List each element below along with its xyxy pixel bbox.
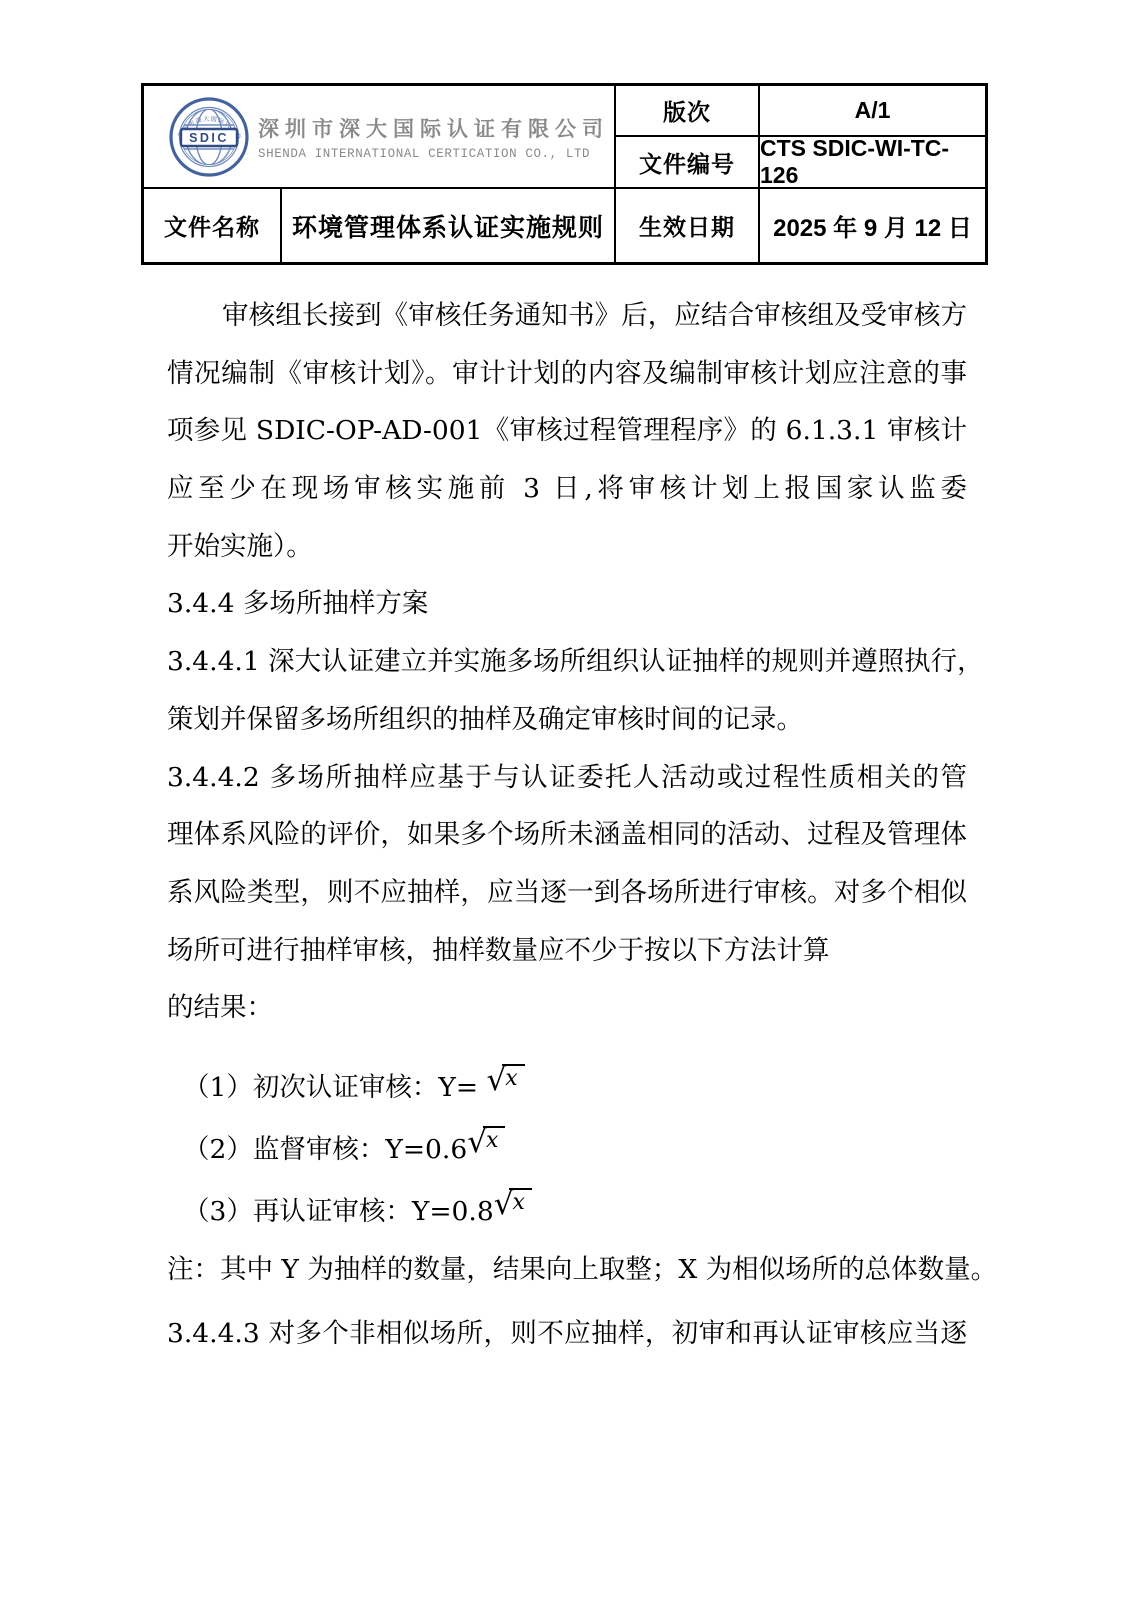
document-header-table: 深圳市深大国际认证有限公司 SDIC 深圳市深大国际认证有限公司 [141,83,988,265]
company-name-chinese: 深圳市深大国际认证有限公司 [258,113,609,143]
body-line: 场所可进行抽样审核，抽样数量应不少于按以下方法计算 [167,922,967,980]
note-line: 注：其中 Y 为抽样的数量，结果向上取整；X 为相似场所的总体数量。 [167,1241,967,1299]
formula-text: （1）初次认证审核：Y= [183,1072,486,1103]
body-line: 开始实施）。 [167,518,967,576]
version-value: A/1 [760,86,985,137]
sqrt-expression: √x [486,1049,524,1113]
formula-text: （2）监督审核：Y=0.6 [183,1134,467,1165]
formula-surveillance-audit: （2）监督审核：Y=0.6√x [167,1111,967,1173]
formula-recertification-audit: （3）再认证审核：Y=0.8√x [167,1173,967,1235]
version-label: 版次 [616,86,760,137]
sdic-logo-icon: 深圳市深大国际认证有限公司 SDIC [168,94,250,180]
document-body: 审核组长接到《审核任务通知书》后，应结合审核组及受审核方 情况编制《审核计划》。… [167,287,967,1362]
doc-name-label: 文件名称 [144,189,282,262]
document-page: 深圳市深大国际认证有限公司 SDIC 深圳市深大国际认证有限公司 [0,0,1131,1600]
formula-text: （3）再认证审核：Y=0.8 [183,1196,494,1227]
radicand: x [483,1126,505,1153]
doc-name-value: 环境管理体系认证实施规则 [282,189,616,262]
body-line: 情况编制《审核计划》。审计计划的内容及编制审核计划应注意的事 [167,345,967,403]
logo-abbr-text: SDIC [189,131,229,145]
body-line: 审核组长接到《审核任务通知书》后，应结合审核组及受审核方 [167,287,967,345]
logo-cell: 深圳市深大国际认证有限公司 SDIC 深圳市深大国际认证有限公司 [144,86,616,189]
sqrt-expression: √x [467,1111,505,1175]
body-line: 项参见 SDIC-OP-AD-001《审核过程管理程序》的 6.1.3.1 审核… [167,402,967,460]
radicand: x [502,1064,524,1091]
effective-date-label: 生效日期 [616,189,760,262]
sqrt-expression: √x [494,1173,532,1237]
clause-3-4-4-3: 3.4.4.3 对多个非相似场所，则不应抽样，初审和再认证审核应当逐 [167,1305,967,1363]
body-line: 的结果： [167,979,967,1037]
doc-number-value: CTS SDIC-WI-TC-126 [760,137,985,189]
company-names: 深圳市深大国际认证有限公司 SHENDA INTERNATIONAL CERTI… [258,113,609,161]
body-line: 策划并保留多场所组织的抽样及确定审核时间的记录。 [167,691,967,749]
effective-date-value: 2025 年 9 月 12 日 [760,189,985,262]
formula-initial-certification: （1）初次认证审核：Y= √x [167,1049,967,1111]
clause-3-4-4-2: 3.4.4.2 多场所抽样应基于与认证委托人活动或过程性质相关的管 [167,749,967,807]
company-logo-block: 深圳市深大国际认证有限公司 SDIC 深圳市深大国际认证有限公司 [168,94,609,180]
body-line: 应至少在现场审核实施前 3 日,将审核计划上报国家认监委(2026.1.1 [167,460,967,518]
section-heading-3-4-4: 3.4.4 多场所抽样方案 [167,575,967,633]
body-line: 系风险类型，则不应抽样，应当逐一到各场所进行审核。对多个相似 [167,864,967,922]
radicand: x [509,1188,531,1215]
doc-number-label: 文件编号 [616,137,760,189]
clause-3-4-4-1: 3.4.4.1 深大认证建立并实施多场所组织认证抽样的规则并遵照执行， [167,633,967,691]
company-name-english: SHENDA INTERNATIONAL CERTICATION CO., LT… [258,147,609,161]
body-line: 理体系风险的评价，如果多个场所未涵盖相同的活动、过程及管理体 [167,806,967,864]
